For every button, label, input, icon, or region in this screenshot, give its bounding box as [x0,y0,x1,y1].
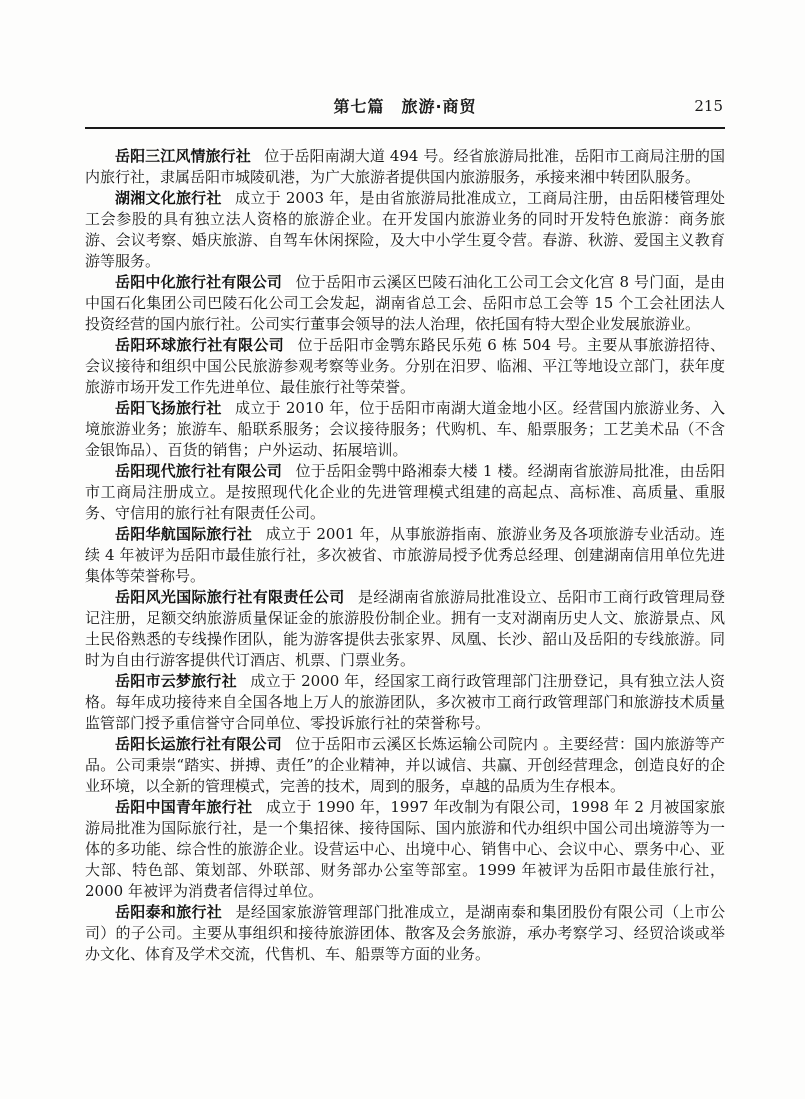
agency-name: 岳阳三江风情旅行社 [115,147,251,165]
page-number: 215 [694,96,723,117]
agency-name: 湖湘文化旅行社 [115,189,222,207]
agency-paragraph: 岳阳中国青年旅行社成立于 1990 年，1997 年改制为有限公司，1998 年… [85,797,725,902]
agency-paragraph: 岳阳风光国际旅行社有限责任公司是经湖南省旅游局批准设立、岳阳市工商行政管理局登记… [85,587,725,671]
agency-paragraph: 岳阳中化旅行社有限公司位于岳阳市云溪区巴陵石油化工公司工会文化宫 8 号门面，是… [85,272,725,335]
agency-name: 岳阳风光国际旅行社有限责任公司 [115,588,345,606]
agency-paragraph: 岳阳飞扬旅行社成立于 2010 年，位于岳阳市南湖大道金地小区。经营国内旅游业务… [85,398,725,461]
chapter-title: 第七篇 旅游·商贸 [85,96,725,117]
agency-paragraph: 岳阳华航国际旅行社成立于 2001 年，从事旅游指南、旅游业务及各项旅游专业活动… [85,524,725,587]
agency-paragraph: 岳阳环球旅行社有限公司位于岳阳市金鹗东路民乐苑 6 栋 504 号。主要从事旅游… [85,335,725,398]
agency-paragraph-list: 岳阳三江风情旅行社位于岳阳南湖大道 494 号。经省旅游局批准，岳阳市工商局注册… [85,146,725,965]
page-body: 岳阳三江风情旅行社位于岳阳南湖大道 494 号。经省旅游局批准，岳阳市工商局注册… [85,146,725,965]
document-page: 第七篇 旅游·商贸 215 岳阳三江风情旅行社位于岳阳南湖大道 494 号。经省… [0,0,805,1099]
agency-paragraph: 岳阳长运旅行社有限公司位于岳阳市云溪区长炼运输公司院内 。主要经营：国内旅游等产… [85,734,725,797]
agency-paragraph: 岳阳三江风情旅行社位于岳阳南湖大道 494 号。经省旅游局批准，岳阳市工商局注册… [85,146,725,188]
agency-name: 岳阳市云梦旅行社 [115,672,237,690]
agency-name: 岳阳中国青年旅行社 [115,798,252,816]
agency-name: 岳阳华航国际旅行社 [115,525,252,543]
agency-name: 岳阳飞扬旅行社 [115,399,222,417]
agency-name: 岳阳长运旅行社有限公司 [115,735,282,753]
agency-name: 岳阳泰和旅行社 [115,903,222,921]
agency-paragraph: 岳阳现代旅行社有限公司位于岳阳金鹗中路湘泰大楼 1 楼。经湖南省旅游局批准，由岳… [85,461,725,524]
agency-paragraph: 湖湘文化旅行社成立于 2003 年，是由省旅游局批准成立，工商局注册，由岳阳楼管… [85,188,725,272]
agency-paragraph: 岳阳市云梦旅行社成立于 2000 年，经国家工商行政管理部门注册登记，具有独立法… [85,671,725,734]
page-header: 第七篇 旅游·商贸 215 [85,96,725,129]
agency-name: 岳阳现代旅行社有限公司 [115,462,282,480]
agency-paragraph: 岳阳泰和旅行社是经国家旅游管理部门批准成立，是湖南泰和集团股份有限公司（上市公司… [85,902,725,965]
agency-name: 岳阳环球旅行社有限公司 [115,336,284,354]
text-column: 第七篇 旅游·商贸 215 岳阳三江风情旅行社位于岳阳南湖大道 494 号。经省… [85,96,725,965]
agency-name: 岳阳中化旅行社有限公司 [115,273,282,291]
